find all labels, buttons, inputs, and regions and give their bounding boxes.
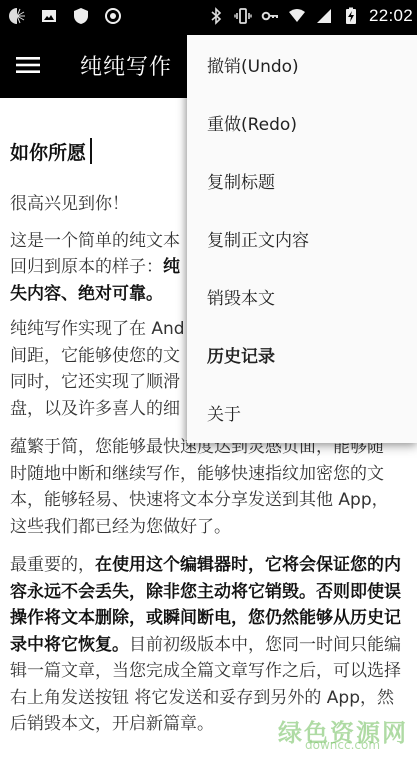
navigation-menu-button[interactable] <box>2 39 54 91</box>
paragraph-line: 这是一个简单的纯文本 <box>10 231 180 251</box>
image-icon <box>40 7 58 25</box>
menu-item-history[interactable]: 历史记录 <box>187 325 417 383</box>
text-cursor <box>90 138 92 164</box>
battery-charging-icon <box>342 7 360 25</box>
menu-item-undo[interactable]: 撤销(Undo) <box>187 35 417 93</box>
paragraph-line: 回归到原本的样子： <box>10 257 163 277</box>
signal-icon <box>315 7 333 25</box>
target-icon <box>104 7 122 25</box>
paragraph-line: 这些我们都已经为您做好了。 <box>10 517 231 537</box>
hamburger-icon <box>15 54 41 76</box>
menu-item-destroy-text[interactable]: 销毁本文 <box>187 267 417 325</box>
paragraph-line: 盘，以及许多喜人的细 <box>10 399 180 419</box>
vibrate-icon <box>234 7 252 25</box>
paragraph-text: 最重要的， <box>10 555 95 575</box>
menu-item-redo[interactable]: 重做(Redo) <box>187 93 417 151</box>
key-icon <box>261 7 279 25</box>
paragraph-line: 时随地中断和继续写作，能够快速指纹加密您的文 <box>10 464 384 484</box>
app-title: 纯纯写作 <box>80 50 172 81</box>
bluetooth-icon <box>207 7 225 25</box>
status-time: 22:02 <box>369 6 413 26</box>
paragraph-line: 纯纯写作实现了在 And <box>10 319 185 339</box>
document-title-text: 如你所愿 <box>10 138 86 165</box>
menu-item-about[interactable]: 关于 <box>187 383 417 441</box>
pinwheel-icon <box>8 7 26 25</box>
menu-item-copy-body[interactable]: 复制正文内容 <box>187 209 417 267</box>
paragraph: 蕴繁于简，您能够最快速度达到灵感页面，能够随 时随地中断和继续写作，能够快速指纹… <box>10 434 407 540</box>
overflow-menu: 撤销(Undo) 重做(Redo) 复制标题 复制正文内容 销毁本文 历史记录 … <box>187 35 417 443</box>
status-bar: 22:02 <box>0 0 417 32</box>
paragraph: 最重要的，在使用这个编辑器时，它将会保证您的内容永远不会丢失，除非您主动将它销毁… <box>10 552 407 738</box>
bold-text: 纯 <box>163 257 180 277</box>
shield-icon <box>72 7 90 25</box>
paragraph-line: 间距，它能够使您的文 <box>10 346 180 366</box>
wifi-icon <box>288 7 306 25</box>
menu-item-copy-title[interactable]: 复制标题 <box>187 151 417 209</box>
bold-text: 失内容、绝对可靠。 <box>10 284 163 304</box>
paragraph-line: 本，能够轻易、快速将文本分享发送到其他 App， <box>10 490 389 510</box>
paragraph-line: 同时，它还实现了顺滑 <box>10 372 180 392</box>
